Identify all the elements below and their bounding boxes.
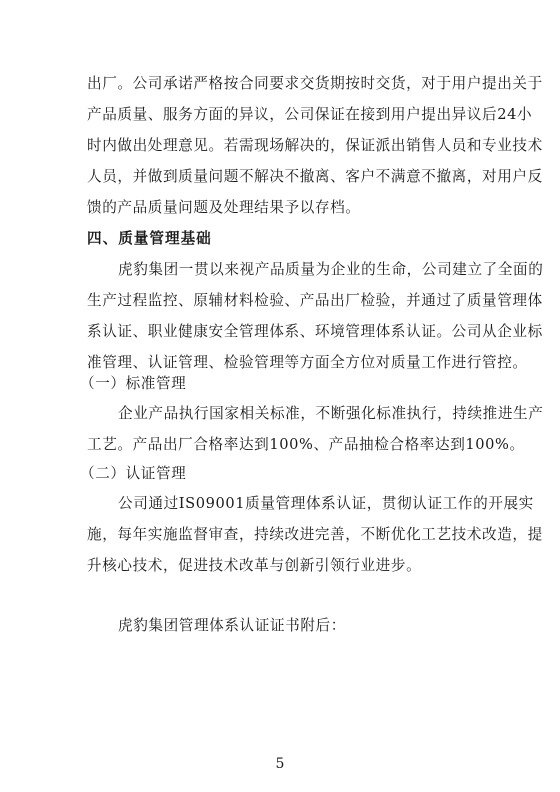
paragraph-line: 馈的产品质量问题及处理结果予以存档。: [87, 199, 473, 217]
paragraph-line: 升核心技术，促进技术改革与创新引领行业进步。: [87, 557, 473, 575]
paragraph-line: 工艺。产品出厂合格率达到100%、产品抽检合格率达到100%。: [87, 436, 473, 454]
paragraph-line: 系认证、职业健康安全管理体系、环境管理体系认证。公司从企业标: [87, 323, 473, 341]
section-heading: 四、质量管理基础: [87, 230, 473, 248]
paragraph-line: 企业产品执行国家相关标准，不断强化标准执行，持续推进生产: [118, 405, 473, 423]
paragraph-line: 生产过程监控、原辅材料检验、产品出厂检验，并通过了质量管理体: [87, 292, 473, 310]
paragraph-line: 准管理、认证管理、检验管理等方面全方位对质量工作进行管控。: [87, 354, 473, 372]
attachment-note: 虎豹集团管理体系认证证书附后：: [118, 617, 473, 635]
paragraph-line: 出厂。公司承诺严格按合同要求交货期按时交货，对于用户提出关于: [87, 75, 473, 93]
page-number: 5: [0, 756, 560, 772]
document-page: 出厂。公司承诺严格按合同要求交货期按时交货，对于用户提出关于 产品质量、服务方面…: [0, 0, 560, 792]
paragraph-line: 时内做出处理意见。若需现场解决的，保证派出销售人员和专业技术: [87, 137, 473, 155]
paragraph-line: 公司通过IS09001质量管理体系认证，贯彻认证工作的开展实: [118, 495, 473, 513]
paragraph-line: 施，每年实施监督审查，持续改进完善，不断优化工艺技术改造，提: [87, 526, 473, 544]
paragraph-line: 虎豹集团一贯以来视产品质量为企业的生命，公司建立了全面的: [118, 261, 473, 279]
subsection-heading: （二）认证管理: [80, 465, 466, 483]
subsection-heading: （一）标准管理: [80, 375, 466, 393]
paragraph-line: 产品质量、服务方面的异议，公司保证在接到用户提出异议后24小: [87, 106, 473, 124]
paragraph-line: 人员，并做到质量问题不解决不撤离、客户不满意不撤离，对用户反: [87, 168, 473, 186]
